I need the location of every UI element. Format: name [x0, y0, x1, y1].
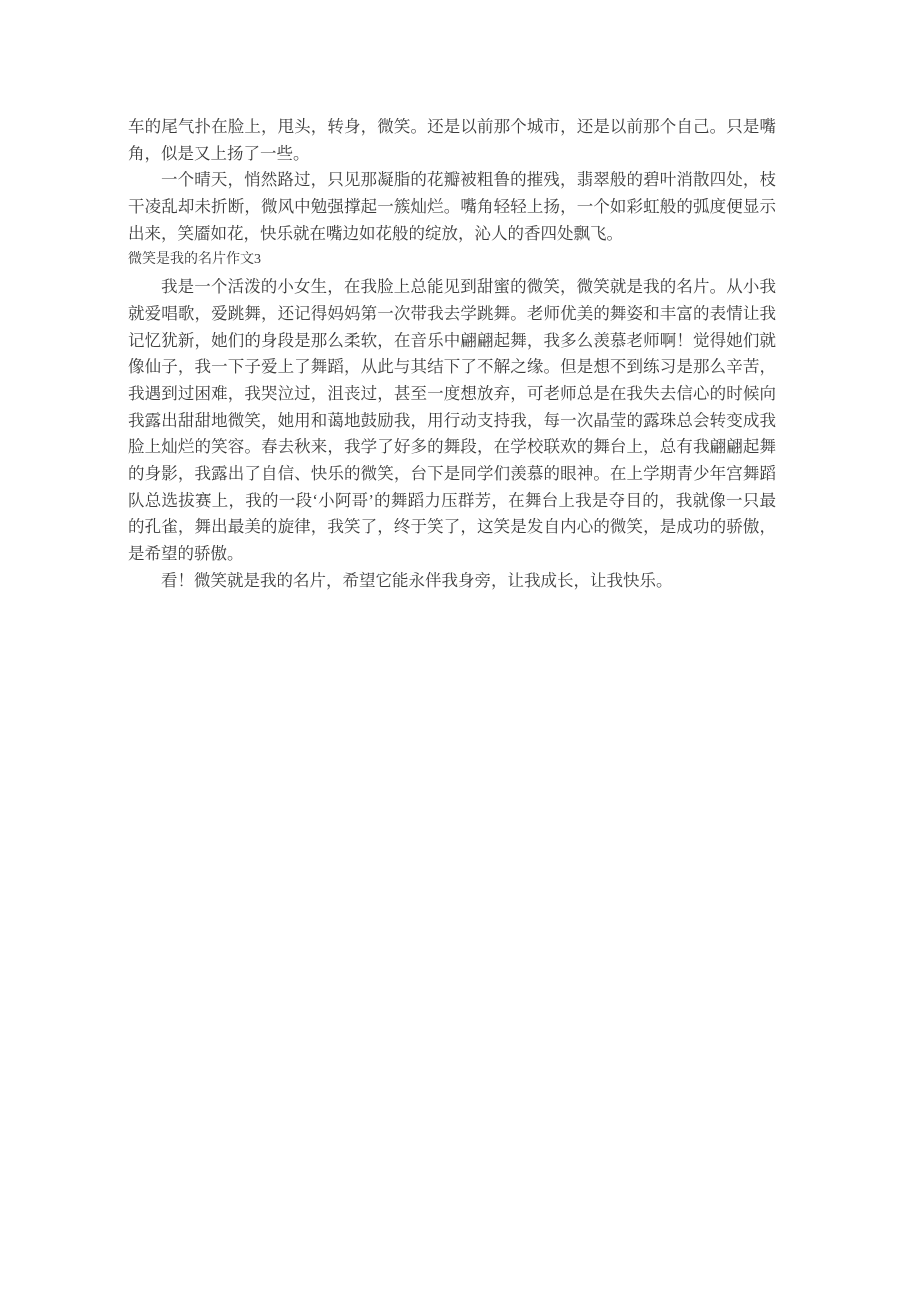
- text-line: 的身影，我露出了自信、快乐的微笑，台下是同学们羡慕的眼神。在上学期青少年宫舞蹈: [128, 461, 776, 488]
- text-line: 我遇到过困难，我哭泣过，沮丧过，甚至一度想放弃，可老师总是在我失去信心的时候向: [128, 381, 776, 408]
- text-line: 出来，笑靥如花，快乐就在嘴边如花般的绽放，沁人的香四处飘飞。: [128, 221, 776, 248]
- document-content: 车的尾气扑在脸上，甩头，转身，微笑。还是以前那个城市，还是以前那个自己。只是嘴角…: [128, 114, 776, 594]
- text-line: 就爱唱歌，爱跳舞，还记得妈妈第一次带我去学跳舞。老师优美的舞姿和丰富的表情让我: [128, 301, 776, 328]
- text-line: 我是一个活泼的小女生，在我脸上总能见到甜蜜的微笑，微笑就是我的名片。从小我: [128, 274, 776, 301]
- paragraph: 车的尾气扑在脸上，甩头，转身，微笑。还是以前那个城市，还是以前那个自己。只是嘴角…: [128, 114, 776, 167]
- text-line: 脸上灿烂的笑容。春去秋来，我学了好多的舞段，在学校联欢的舞台上，总有我翩翩起舞: [128, 434, 776, 461]
- text-line: 微笑是我的名片作文3: [128, 247, 776, 274]
- paragraph: 一个晴天，悄然路过，只见那凝脂的花瓣被粗鲁的摧残，翡翠般的碧叶消散四处，枝干凌乱…: [128, 167, 776, 247]
- text-line: 干凌乱却未折断，微风中勉强撑起一簇灿烂。嘴角轻轻上扬，一个如彩虹般的弧度便显示: [128, 194, 776, 221]
- text-line: 角，似是又上扬了一些。: [128, 141, 776, 168]
- text-line: 看！微笑就是我的名片，希望它能永伴我身旁，让我成长，让我快乐。: [128, 568, 776, 595]
- text-line: 的孔雀，舞出最美的旋律，我笑了，终于笑了，这笑是发自内心的微笑，是成功的骄傲，: [128, 514, 776, 541]
- paragraph: 看！微笑就是我的名片，希望它能永伴我身旁，让我成长，让我快乐。: [128, 568, 776, 595]
- text-line: 我露出甜甜地微笑，她用和蔼地鼓励我，用行动支持我，每一次晶莹的露珠总会转变成我: [128, 408, 776, 435]
- section-heading: 微笑是我的名片作文3: [128, 247, 776, 274]
- text-line: 记忆犹新，她们的身段是那么柔软，在音乐中翩翩起舞，我多么羡慕老师啊！觉得她们就: [128, 328, 776, 355]
- text-line: 像仙子，我一下子爱上了舞蹈，从此与其结下了不解之缘。但是想不到练习是那么辛苦，: [128, 354, 776, 381]
- text-line: 是希望的骄傲。: [128, 541, 776, 568]
- text-line: 车的尾气扑在脸上，甩头，转身，微笑。还是以前那个城市，还是以前那个自己。只是嘴: [128, 114, 776, 141]
- paragraph: 我是一个活泼的小女生，在我脸上总能见到甜蜜的微笑，微笑就是我的名片。从小我就爱唱…: [128, 274, 776, 568]
- document-page: 车的尾气扑在脸上，甩头，转身，微笑。还是以前那个城市，还是以前那个自己。只是嘴角…: [0, 0, 920, 1302]
- text-line: 队总选拔赛上，我的一段‘小阿哥’的舞蹈力压群芳，在舞台上我是夺目的，我就像一只最…: [128, 488, 776, 515]
- text-line: 一个晴天，悄然路过，只见那凝脂的花瓣被粗鲁的摧残，翡翠般的碧叶消散四处，枝: [128, 167, 776, 194]
